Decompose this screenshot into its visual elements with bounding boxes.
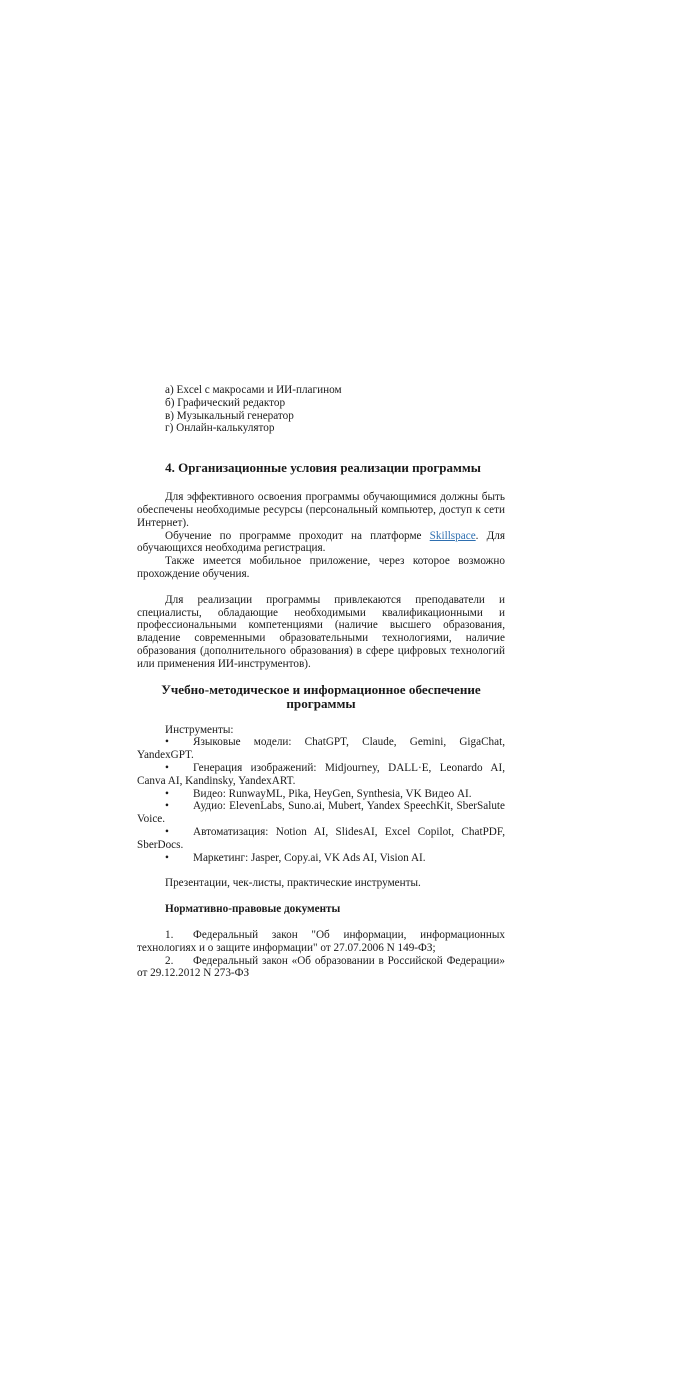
- bullet-icon: •: [165, 736, 193, 749]
- answer-option-b: б) Графический редактор: [137, 397, 505, 410]
- tools-item-text: Генерация изображений: Midjourney, DALL·…: [137, 762, 505, 787]
- materials-note: Презентации, чек-листы, практические инс…: [137, 877, 505, 890]
- answer-option-c: в) Музыкальный генератор: [137, 410, 505, 423]
- platform-paragraph: Обучение по программе проходит на платфо…: [137, 530, 505, 556]
- document-page: а) Excel с макросами и ИИ-плагином б) Гр…: [137, 384, 505, 980]
- legal-item-text: Федеральный закон "Об информации, информ…: [137, 929, 505, 954]
- tools-item: •Языковые модели: ChatGPT, Claude, Gemin…: [137, 736, 505, 762]
- tools-item-text: Видео: RunwayML, Pika, HeyGen, Synthesia…: [193, 788, 472, 800]
- answer-option-a: а) Excel с макросами и ИИ-плагином: [137, 384, 505, 397]
- answer-options: а) Excel с макросами и ИИ-плагином б) Гр…: [137, 384, 505, 435]
- bullet-icon: •: [165, 800, 193, 813]
- tools-list: •Языковые модели: ChatGPT, Claude, Gemin…: [137, 736, 505, 864]
- legal-item: 2.Федеральный закон «Об образовании в Ро…: [137, 955, 505, 981]
- legal-item-text: Федеральный закон «Об образовании в Росс…: [137, 955, 505, 980]
- answer-option-d: г) Онлайн-калькулятор: [137, 422, 505, 435]
- resources-paragraph: Для эффективного освоения программы обуч…: [137, 491, 505, 529]
- tools-label: Инструменты:: [137, 724, 505, 737]
- bullet-icon: •: [165, 788, 193, 801]
- legal-item-number: 2.: [165, 955, 193, 968]
- legal-item-number: 1.: [165, 929, 193, 942]
- section-heading: 4. Организационные условия реализации пр…: [137, 460, 505, 476]
- bullet-icon: •: [165, 762, 193, 775]
- skillspace-link[interactable]: Skillspace: [430, 530, 476, 542]
- bullet-icon: •: [165, 852, 193, 865]
- support-heading: Учебно-методическое и информационное обе…: [137, 683, 505, 711]
- tools-item: •Генерация изображений: Midjourney, DALL…: [137, 762, 505, 788]
- legal-item: 1.Федеральный закон "Об информации, инфо…: [137, 929, 505, 955]
- bullet-icon: •: [165, 826, 193, 839]
- staff-paragraph: Для реализации программы привлекаются пр…: [137, 594, 505, 671]
- mobile-app-paragraph: Также имеется мобильное приложение, чере…: [137, 555, 505, 581]
- tools-item-text: Языковые модели: ChatGPT, Claude, Gemini…: [137, 736, 505, 761]
- platform-text-before: Обучение по программе проходит на платфо…: [165, 530, 430, 542]
- tools-item: •Автоматизация: Notion AI, SlidesAI, Exc…: [137, 826, 505, 852]
- tools-item: •Аудио: ElevenLabs, Suno.ai, Mubert, Yan…: [137, 800, 505, 826]
- tools-item-text: Маркетинг: Jasper, Copy.ai, VK Ads AI, V…: [193, 852, 426, 864]
- tools-item: •Видео: RunwayML, Pika, HeyGen, Synthesi…: [137, 788, 505, 801]
- legal-heading: Нормативно-правовые документы: [165, 903, 505, 916]
- tools-item: •Маркетинг: Jasper, Copy.ai, VK Ads AI, …: [137, 852, 505, 865]
